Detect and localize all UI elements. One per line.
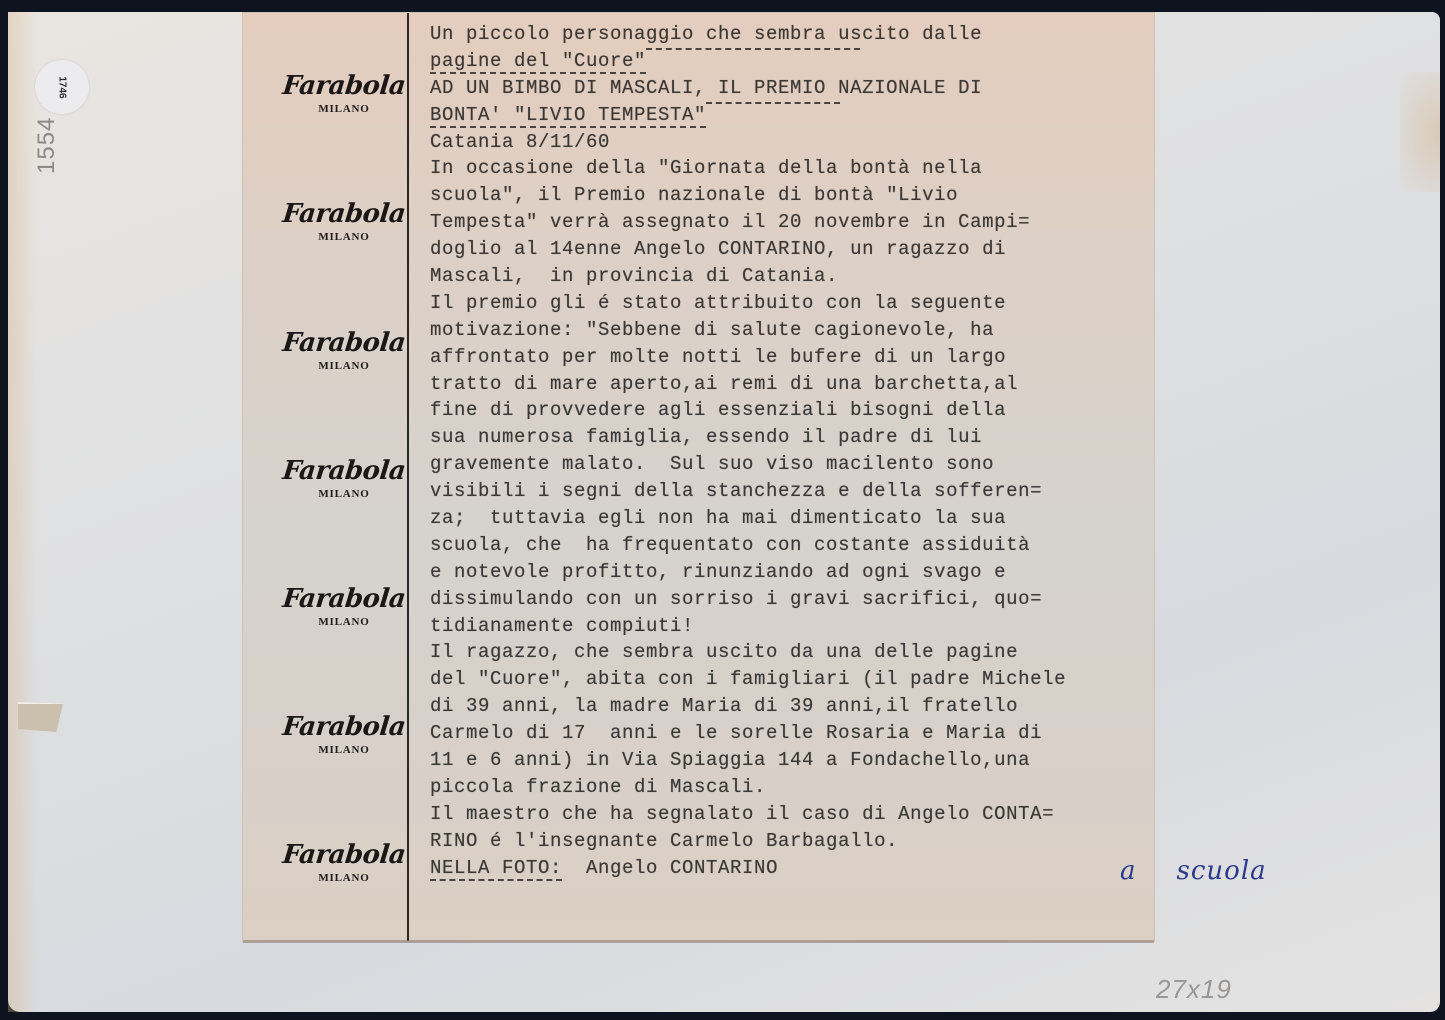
agency-name: Farabola	[241, 584, 410, 614]
agency-stamp-column: Farabola MILANO Farabola MILANO Farabola…	[243, 13, 409, 941]
sticker-number: 1746	[57, 76, 68, 98]
headline-underlined: BONTA' "LIVIO TEMPESTA"	[430, 104, 706, 128]
agency-name: Farabola	[241, 456, 410, 486]
agency-city: MILANO	[243, 103, 409, 115]
caption-body-line: Il ragazzo, che sembra uscito da una del…	[430, 639, 1150, 666]
photo-subject: Angelo CONTARINO	[562, 857, 778, 879]
agency-stamp: Farabola MILANO	[243, 456, 409, 500]
pencil-size-note: 27x19	[1156, 974, 1232, 1005]
caption-body-line: In occasione della "Giornata della bontà…	[430, 155, 1150, 182]
caption-title-line: pagine del "Cuore"	[430, 48, 1150, 75]
caption-title-line: Un piccolo personaggio che sembra uscito…	[430, 21, 1150, 48]
handwritten-word: scuola	[1177, 856, 1267, 886]
caption-body-line: motivazione: "Sebbene di salute cagionev…	[430, 317, 1150, 344]
caption-body-line: Il premio gli é stato attribuito con la …	[430, 290, 1150, 317]
agency-name: Farabola	[241, 712, 410, 742]
headline-line: AD UN BIMBO DI MASCALI, IL PREMIO NAZION…	[430, 75, 1150, 102]
caption-body-line: piccola frazione di Mascali.	[430, 774, 1150, 801]
inventory-sticker: 1746	[35, 60, 89, 114]
agency-city: MILANO	[243, 744, 409, 756]
photo-label: NELLA FOTO:	[430, 857, 562, 881]
caption-body-line: tratto di mare aperto,ai remi di una bar…	[430, 371, 1150, 398]
agency-city: MILANO	[243, 231, 409, 243]
agency-name: Farabola	[241, 199, 410, 229]
agency-city: MILANO	[243, 488, 409, 500]
caption-body-line: tidianamente compiuti!	[430, 613, 1150, 640]
caption-body-line: dissimulando con un sorriso i gravi sacr…	[430, 586, 1150, 613]
agency-stamp: Farabola MILANO	[243, 199, 409, 243]
agency-city: MILANO	[243, 872, 409, 884]
caption-body-line: fine di provvedere agli essenziali bisog…	[430, 397, 1150, 424]
agency-name: Farabola	[241, 328, 410, 358]
caption-body-line: Tempesta" verrà assegnato il 20 novembre…	[430, 209, 1150, 236]
caption-title-underlined: pagine del "Cuore"	[430, 50, 646, 74]
caption-body-line: del "Cuore", abita con i famigliari (il …	[430, 666, 1150, 693]
headline-line: BONTA' "LIVIO TEMPESTA"	[430, 102, 1150, 129]
caption-body-line: RINO é l'insegnante Carmelo Barbagallo.	[430, 828, 1150, 855]
agency-city: MILANO	[243, 360, 409, 372]
agency-name: Farabola	[241, 840, 410, 870]
caption-body-line: sua numerosa famiglia, essendo il padre …	[430, 424, 1150, 451]
agency-stamp: Farabola MILANO	[243, 840, 409, 884]
caption-body-line: scuola, che ha frequentato con costante …	[430, 532, 1150, 559]
torn-corner	[18, 702, 63, 732]
handwritten-note: ascuola	[1120, 856, 1267, 886]
agency-city: MILANO	[243, 616, 409, 628]
dateline: Catania 8/11/60	[430, 129, 1150, 156]
photo-credit-line: NELLA FOTO: Angelo CONTARINO	[430, 855, 1150, 882]
caption-body-line: visibili i segni della stanchezza e dell…	[430, 478, 1150, 505]
caption-body-line: Carmelo di 17 anni e le sorelle Rosaria …	[430, 720, 1150, 747]
caption-text: Un piccolo personaggio che sembra uscito…	[430, 21, 1150, 882]
handwritten-a: a	[1120, 856, 1137, 886]
caption-body-line: Il maestro che ha segnalato il caso di A…	[430, 801, 1150, 828]
caption-body-line: za; tuttavia egli non ha mai dimenticato…	[430, 505, 1150, 532]
pencil-inventory-number: 1554	[33, 117, 61, 174]
agency-stamp: Farabola MILANO	[243, 712, 409, 756]
caption-body-line: gravemente malato. Sul suo viso macilent…	[430, 451, 1150, 478]
caption-body-line: affrontato per molte notti le bufere di …	[430, 344, 1150, 371]
caption-body-line: e notevole profitto, rinunziando ad ogni…	[430, 559, 1150, 586]
caption-body-line: scuola", il Premio nazionale di bontà "L…	[430, 182, 1150, 209]
press-caption-sheet: Farabola MILANO Farabola MILANO Farabola…	[242, 12, 1155, 942]
agency-stamp: Farabola MILANO	[243, 71, 409, 115]
agency-stamp: Farabola MILANO	[243, 328, 409, 372]
caption-body-line: di 39 anni, la madre Maria di 39 anni,il…	[430, 693, 1150, 720]
agency-stamp: Farabola MILANO	[243, 584, 409, 628]
agency-name: Farabola	[241, 71, 410, 101]
caption-body-line: 11 e 6 anni) in Via Spiaggia 144 a Fonda…	[430, 747, 1150, 774]
underline-rule	[706, 102, 840, 104]
caption-body-line: Mascali, in provincia di Catania.	[430, 263, 1150, 290]
caption-body-line: doglio al 14enne Angelo CONTARINO, un ra…	[430, 236, 1150, 263]
caption-body: In occasione della "Giornata della bontà…	[430, 155, 1150, 854]
underline-rule	[646, 48, 860, 50]
